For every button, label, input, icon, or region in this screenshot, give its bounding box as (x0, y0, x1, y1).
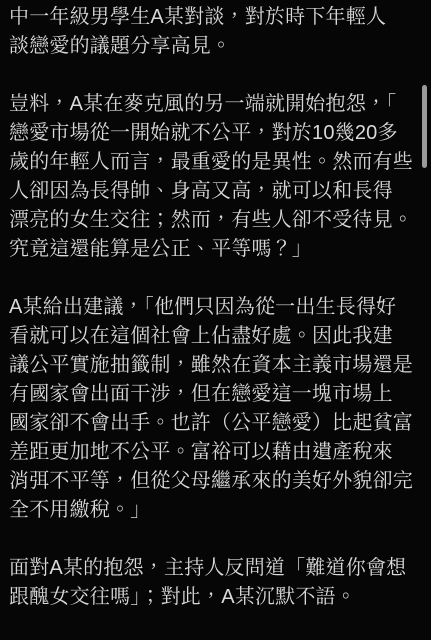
paragraph: 中一年級男學生A某對談，對於時下年輕人 談戀愛的議題分享高見。 (9, 3, 415, 61)
scrollbar-thumb[interactable] (422, 85, 427, 168)
reader-view: 中一年級男學生A某對談，對於時下年輕人 談戀愛的議題分享高見。 豈料，A某在麥克… (0, 0, 431, 640)
paragraph: A某給出建議，「他們只因為從一出生長得好 看就可以在這個社會上佔盡好處。因此我建… (9, 293, 415, 525)
paragraph: 豈料，A某在麥克風的另一端就開始抱怨，「 戀愛市場從一開始就不公平，對於10幾2… (9, 90, 415, 264)
paragraph: 面對A某的抱怨，主持人反問道「難道你會想 跟醜女交往嗎」；對此，A某沉默不語。 (9, 554, 415, 612)
article-text: 中一年級男學生A某對談，對於時下年輕人 談戀愛的議題分享高見。 豈料，A某在麥克… (0, 0, 431, 612)
